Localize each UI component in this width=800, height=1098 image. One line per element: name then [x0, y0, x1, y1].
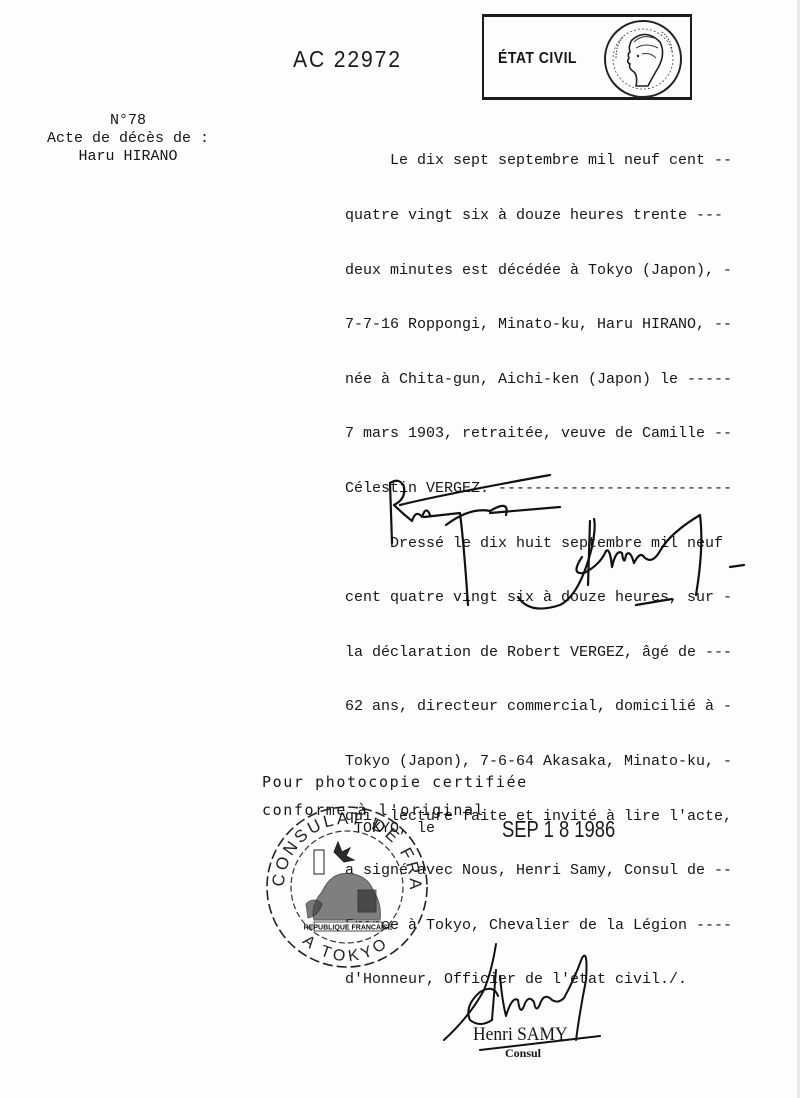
body-line: née à Chita-gun, Aichi-ken (Japon) le --… [345, 371, 785, 389]
act-number: N°78 [28, 112, 228, 130]
marianne-seal-icon [602, 18, 684, 100]
body-line: quatre vingt six à douze heures trente -… [345, 207, 785, 225]
body-line: Le dix sept septembre mil neuf cent -- [345, 152, 785, 170]
declarant-signature [390, 475, 560, 605]
signatory-name: Henri SAMY [473, 1024, 568, 1046]
margin-annotation: N°78 Acte de décès de : Haru HIRANO [28, 112, 228, 166]
reference-number: AC 22972 [293, 46, 402, 73]
deceased-name: Haru HIRANO [28, 148, 228, 166]
consul-signature [440, 940, 620, 1090]
body-line: 62 ans, directeur commercial, domicilié … [345, 698, 785, 716]
date-stamp: SEP 1 8 1986 [502, 816, 615, 843]
act-type: Acte de décès de : [28, 130, 228, 148]
officer-signature [518, 515, 744, 609]
certification-place: TOKYO, le [354, 820, 435, 837]
etat-civil-box: ÉTAT CIVIL [482, 14, 692, 100]
signatory-title: Consul [505, 1046, 541, 1061]
etat-civil-label: ÉTAT CIVIL [498, 50, 577, 68]
act-signatures [360, 455, 780, 635]
body-line: 7 mars 1903, retraitée, veuve de Camille… [345, 425, 785, 443]
body-line: deux minutes est décédée à Tokyo (Japon)… [345, 262, 785, 280]
body-line: 7-7-16 Roppongi, Minato-ku, Haru HIRANO,… [345, 316, 785, 334]
svg-text:REPUBLIQUE FRANCAISE: REPUBLIQUE FRANCAISE [304, 925, 393, 932]
body-line: la déclaration de Robert VERGEZ, âgé de … [345, 644, 785, 662]
